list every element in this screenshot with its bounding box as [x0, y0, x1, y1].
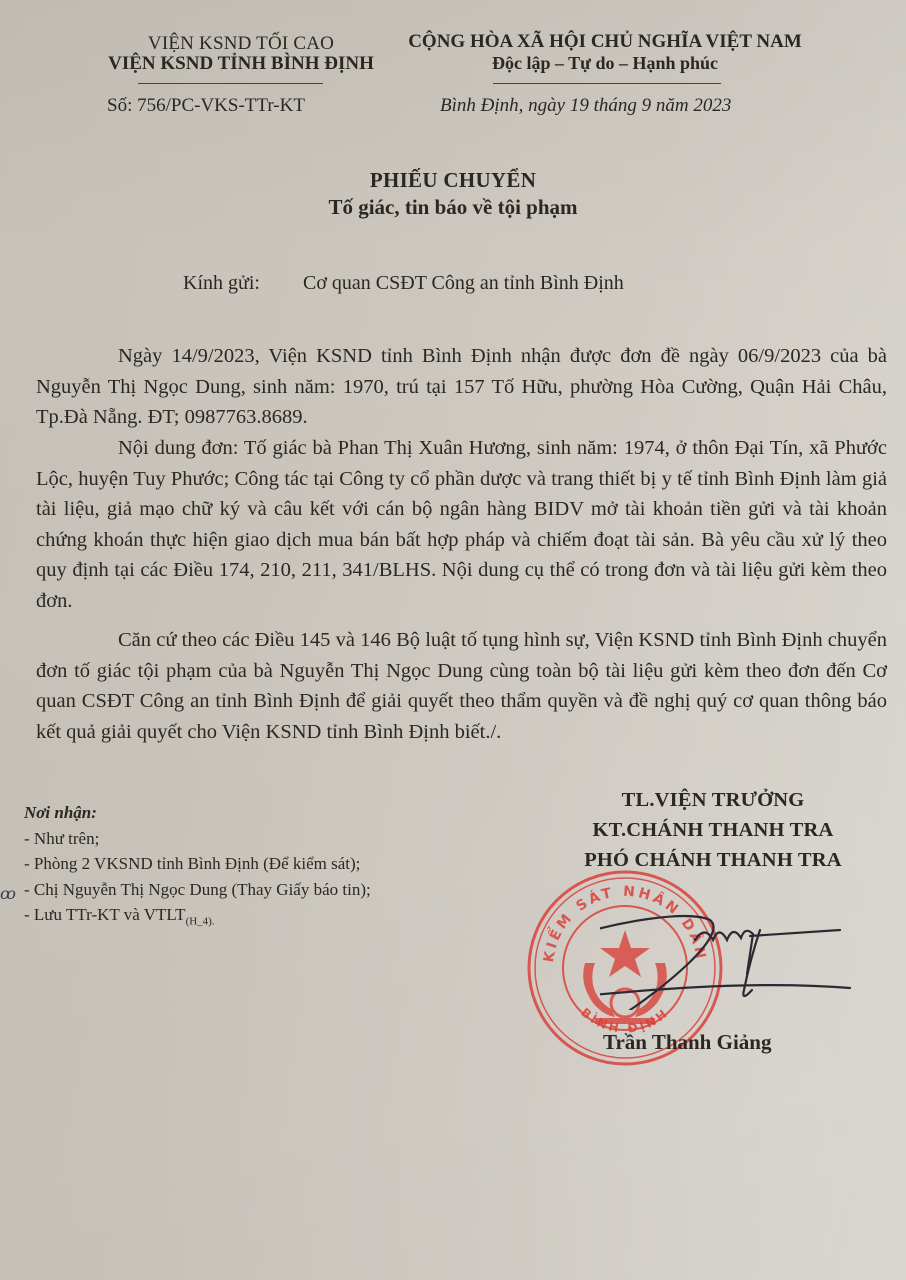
- handwritten-signature: [600, 900, 860, 1010]
- signature-line-1: TL.VIỆN TRƯỞNG: [520, 785, 906, 815]
- distribution-item: - Như trên;: [24, 826, 371, 852]
- recipient-value: Cơ quan CSĐT Công an tỉnh Bình Định: [303, 272, 624, 294]
- header-right-divider: [493, 83, 721, 84]
- issuing-agency-block: VIỆN KSND TỐI CAO VIỆN KSND TỈNH BÌNH ĐỊ…: [86, 33, 396, 75]
- document-title-block: PHIẾU CHUYỂN Tố giác, tin báo về tội phạ…: [0, 168, 906, 220]
- signature-authority-block: TL.VIỆN TRƯỞNG KT.CHÁNH THANH TRA PHÓ CH…: [520, 785, 906, 875]
- distribution-item-subscript: (H_4).: [186, 915, 215, 927]
- national-title: CỘNG HÒA XÃ HỘI CHỦ NGHĨA VIỆT NAM: [380, 31, 830, 53]
- header-left-divider: [138, 83, 323, 84]
- document-title: PHIẾU CHUYỂN: [0, 168, 906, 193]
- body-paragraph-3: Căn cứ theo các Điều 145 và 146 Bộ luật …: [36, 625, 887, 747]
- place-date: Bình Định, ngày 19 tháng 9 năm 2023: [440, 95, 731, 117]
- body-paragraph-1: Ngày 14/9/2023, Viện KSND tỉnh Bình Định…: [36, 341, 887, 433]
- distribution-title: Nơi nhận:: [24, 800, 371, 826]
- distribution-item-text: - Lưu TTr-KT và VTLT: [24, 905, 186, 924]
- body-paragraph-2: Nội dung đơn: Tố giác bà Phan Thị Xuân H…: [36, 433, 887, 616]
- distribution-item: - Phòng 2 VKSND tỉnh Bình Định (Để kiểm …: [24, 851, 371, 877]
- issuing-agency: VIỆN KSND TỈNH BÌNH ĐỊNH: [86, 53, 396, 75]
- national-header-block: CỘNG HÒA XÃ HỘI CHỦ NGHĨA VIỆT NAM Độc l…: [380, 31, 830, 74]
- recipient-label: Kính gửi:: [183, 272, 303, 295]
- signer-name: Trần Thanh Giảng: [603, 1030, 771, 1055]
- document-number: Số: 756/PC-VKS-TTr-KT: [107, 95, 305, 117]
- parent-agency: VIỆN KSND TỐI CAO: [86, 33, 396, 55]
- document-subtitle: Tố giác, tin báo về tội phạm: [0, 195, 906, 220]
- distribution-item: - Chị Nguyễn Thị Ngọc Dung (Thay Giấy bá…: [24, 877, 371, 903]
- handwritten-pen-mark: ꝏ: [0, 884, 16, 904]
- distribution-list: Nơi nhận: - Như trên; - Phòng 2 VKSND tỉ…: [24, 800, 371, 935]
- recipient-line: Kính gửi:Cơ quan CSĐT Công an tỉnh Bình …: [183, 272, 624, 295]
- signature-line-2: KT.CHÁNH THANH TRA: [520, 815, 906, 845]
- distribution-item: - Lưu TTr-KT và VTLT(H_4).: [24, 902, 371, 935]
- national-motto: Độc lập – Tự do – Hạnh phúc: [380, 53, 830, 74]
